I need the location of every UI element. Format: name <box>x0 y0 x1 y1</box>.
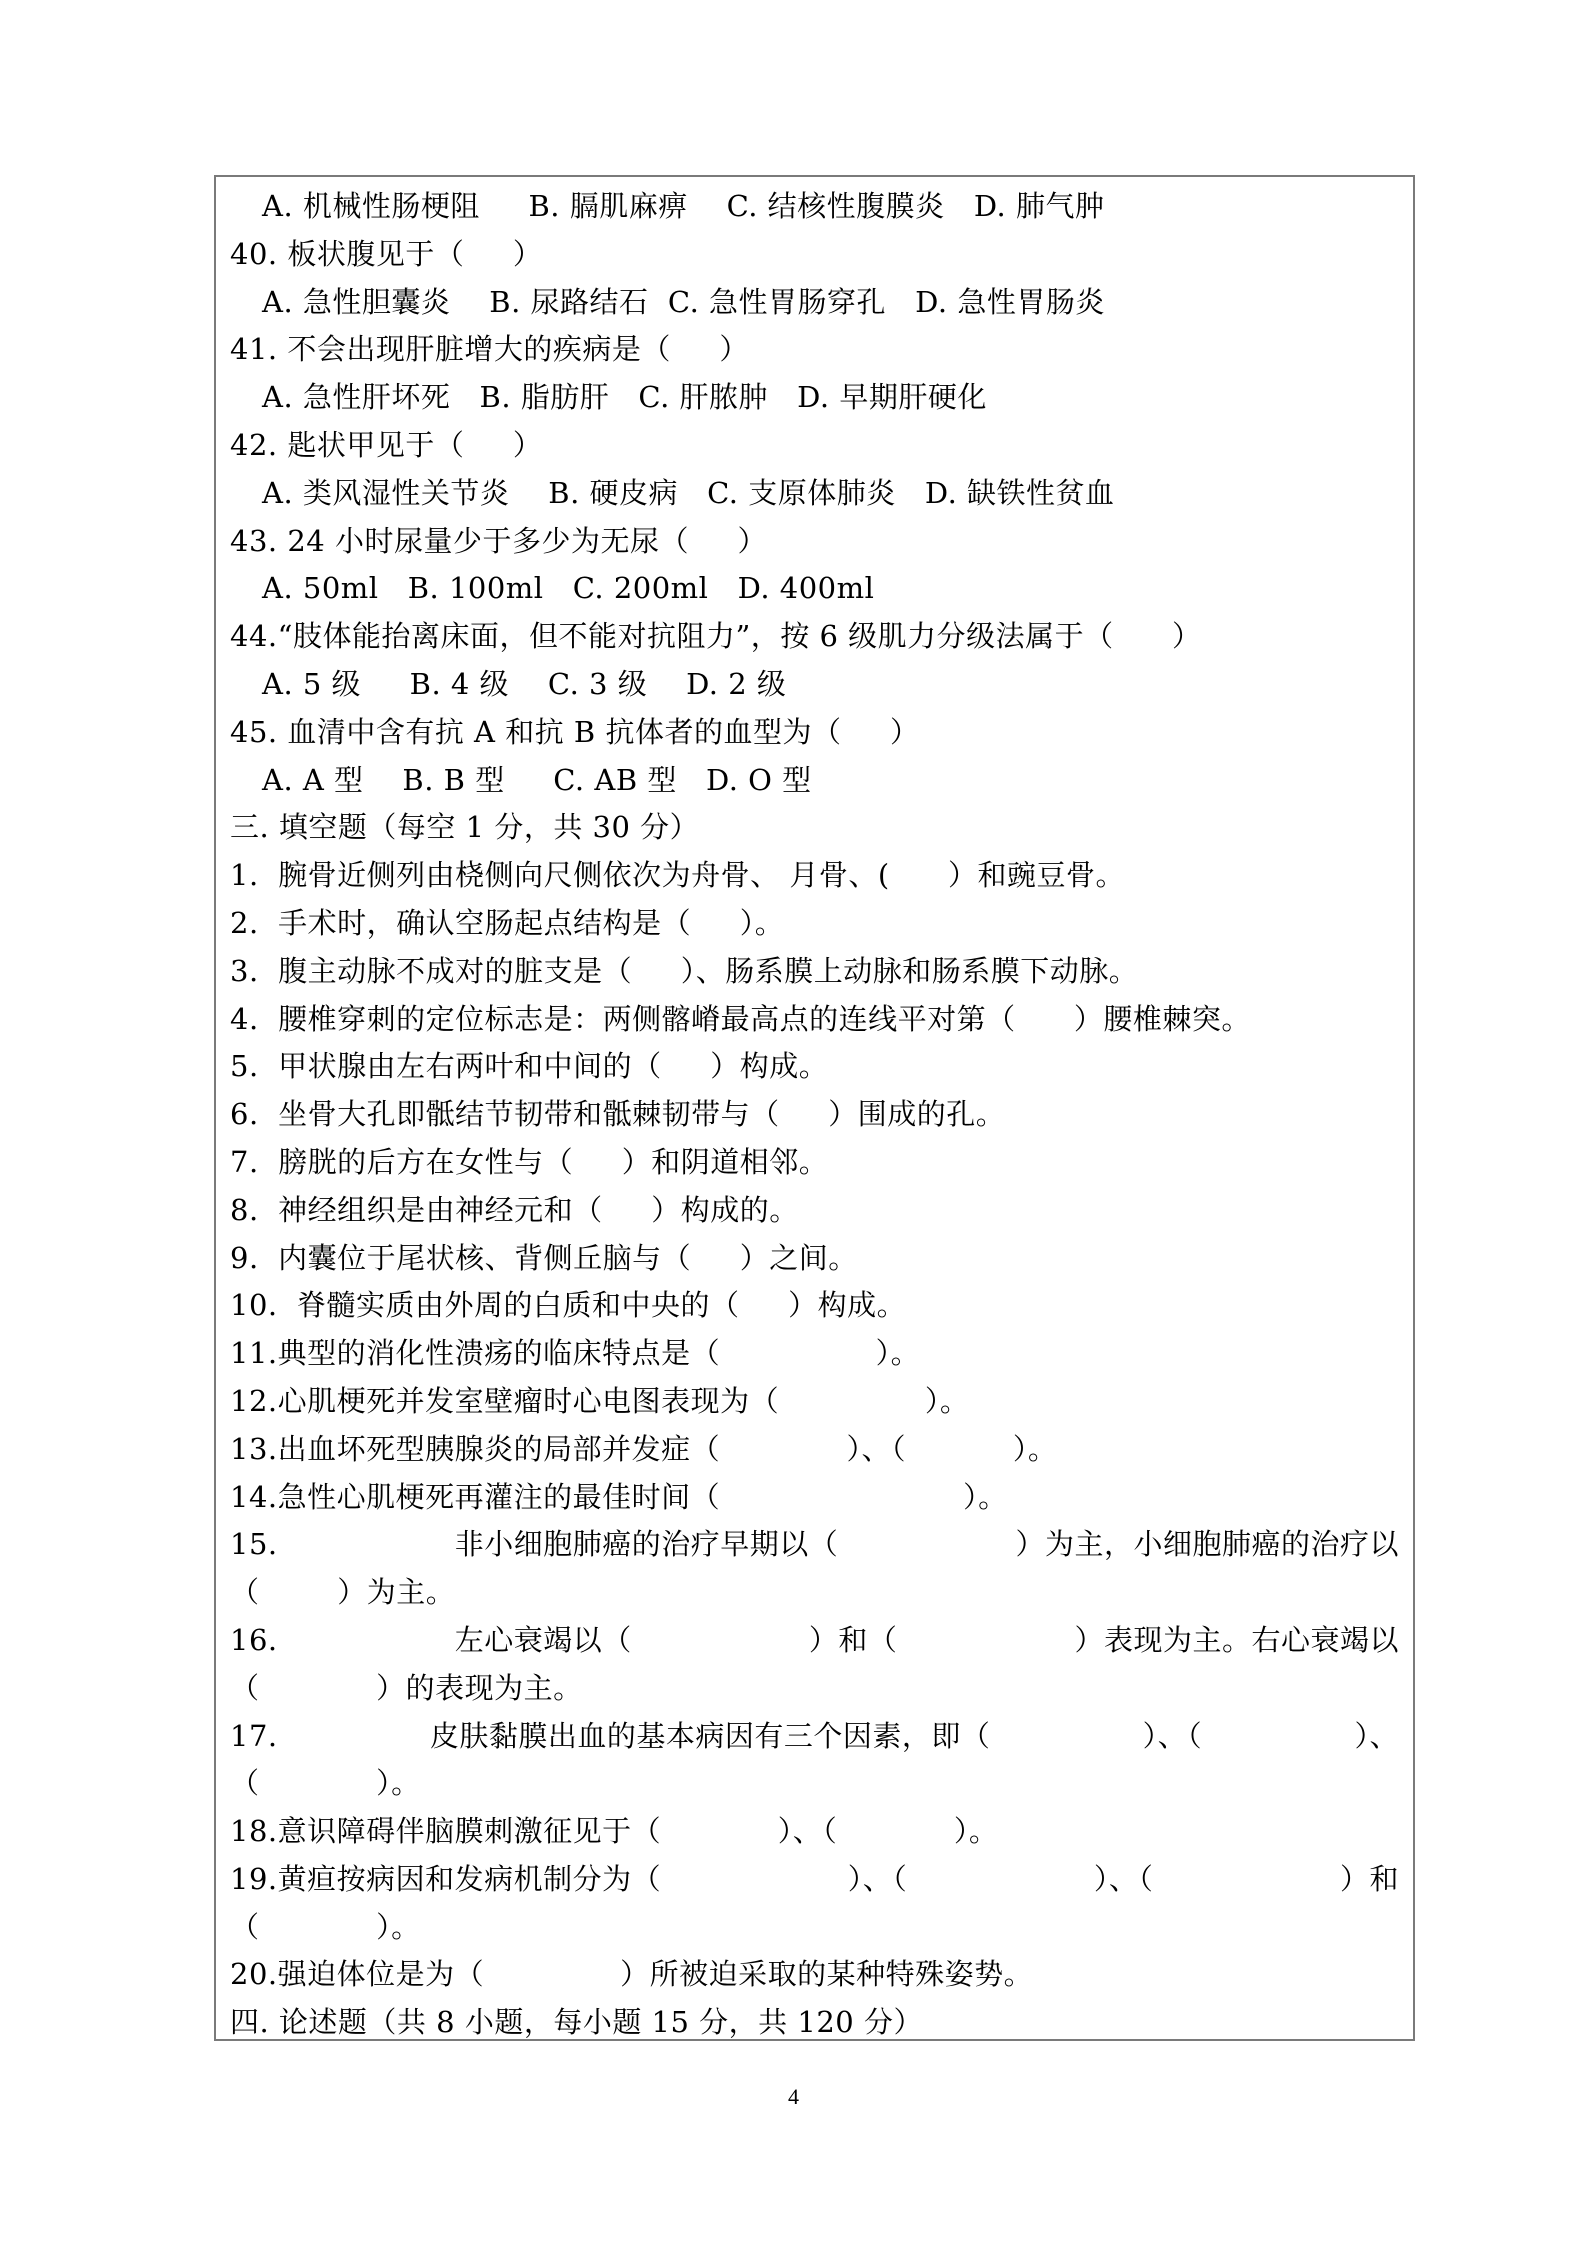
question-table-frame: A. 机械性肠梗阻 B. 膈肌麻痹 C. 结核性腹膜炎 D. 肺气肿 40. 板… <box>214 175 1415 2041</box>
fill-q15-line2: （ ）为主。 <box>230 1569 1399 1617</box>
q41-options: A. 急性肝坏死 B. 脂肪肝 C. 肝脓肿 D. 早期肝硬化 <box>230 374 1399 422</box>
fill-q16-line2: （ ）的表现为主。 <box>230 1665 1399 1713</box>
fill-q17-line1: 17. 皮肤黏膜出血的基本病因有三个因素，即（ ）、（ ）、 <box>230 1713 1399 1761</box>
q19-part4: ）和 <box>1340 1856 1399 1904</box>
q19-part2: ）、（ <box>848 1856 908 1904</box>
fill-q8: 8. 神经组织是由神经元和（ ）构成的。 <box>230 1187 1399 1235</box>
fill-q20: 20.强迫体位是为（ ）所被迫采取的某种特殊姿势。 <box>230 1951 1399 1999</box>
q40-question: 40. 板状腹见于（ ） <box>230 231 1399 279</box>
q17-part2: ）、（ <box>1143 1713 1203 1761</box>
fill-q12: 12.心肌梗死并发室壁瘤时心电图表现为（ ）。 <box>230 1378 1399 1426</box>
fill-q3: 3. 腹主动脉不成对的脏支是（ ）、肠系膜上动脉和肠系膜下动脉。 <box>230 948 1399 996</box>
q42-options: A. 类风湿性关节炎 B. 硬皮病 C. 支原体肺炎 D. 缺铁性贫血 <box>230 470 1399 518</box>
q19-part1: 19.黄疸按病因和发病机制分为（ <box>230 1856 661 1904</box>
q16-part3: ）表现为主。右心衰竭以 <box>1074 1617 1399 1665</box>
fill-q13: 13.出血坏死型胰腺炎的局部并发症（ ）、（ ）。 <box>230 1426 1399 1474</box>
q43-question: 43. 24 小时尿量少于多少为无尿（ ） <box>230 518 1399 566</box>
fill-q18: 18.意识障碍伴脑膜刺激征见于（ ）、（ ）。 <box>230 1808 1399 1856</box>
fill-q16-line1: 16. 左心衰竭以（ ）和（ ）表现为主。右心衰竭以 <box>230 1617 1399 1665</box>
q42-question: 42. 匙状甲见于（ ） <box>230 422 1399 470</box>
fill-q7: 7. 膀胱的后方在女性与（ ）和阴道相邻。 <box>230 1139 1399 1187</box>
section-4-heading: 四. 论述题（共 8 小题，每小题 15 分，共 120 分） <box>230 1999 1399 2047</box>
fill-q14: 14.急性心肌梗死再灌注的最佳时间（ ）。 <box>230 1474 1399 1522</box>
q16-number: 16. <box>230 1617 278 1665</box>
q44-options: A. 5 级 B. 4 级 C. 3 级 D. 2 级 <box>230 661 1399 709</box>
q17-number: 17. <box>230 1713 278 1761</box>
q17-part3: ）、 <box>1354 1713 1399 1761</box>
section-3-heading: 三. 填空题（每空 1 分，共 30 分） <box>230 804 1399 852</box>
fill-q11: 11.典型的消化性溃疡的临床特点是（ ）。 <box>230 1330 1399 1378</box>
fill-q9: 9. 内囊位于尾状核、背侧丘脑与（ ）之间。 <box>230 1235 1399 1283</box>
q39-options: A. 机械性肠梗阻 B. 膈肌麻痹 C. 结核性腹膜炎 D. 肺气肿 <box>230 183 1399 231</box>
page-number: 4 <box>0 2084 1587 2110</box>
q40-options: A. 急性胆囊炎 B. 尿路结石 C. 急性胃肠穿孔 D. 急性胃肠炎 <box>230 279 1399 327</box>
q15-part1: 非小细胞肺癌的治疗早期以（ <box>455 1521 839 1569</box>
fill-q15-line1: 15. 非小细胞肺癌的治疗早期以（ ）为主，小细胞肺癌的治疗以 <box>230 1521 1399 1569</box>
q19-part3: ）、（ <box>1094 1856 1154 1904</box>
q45-options: A. A 型 B. B 型 C. AB 型 D. O 型 <box>230 757 1399 805</box>
q15-number: 15. <box>230 1521 278 1569</box>
q41-question: 41. 不会出现肝脏增大的疾病是（ ） <box>230 326 1399 374</box>
fill-q17-line2: （ ）。 <box>230 1760 1399 1808</box>
fill-q6: 6. 坐骨大孔即骶结节韧带和骶棘韧带与（ ）围成的孔。 <box>230 1091 1399 1139</box>
fill-q4: 4. 腰椎穿刺的定位标志是：两侧髂嵴最高点的连线平对第（ ）腰椎棘突。 <box>230 996 1399 1044</box>
question-content: A. 机械性肠梗阻 B. 膈肌麻痹 C. 结核性腹膜炎 D. 肺气肿 40. 板… <box>216 183 1413 2047</box>
fill-q10: 10. 脊髓实质由外周的白质和中央的（ ）构成。 <box>230 1282 1399 1330</box>
fill-q19-line2: （ ）。 <box>230 1904 1399 1952</box>
q16-part2: ）和（ <box>809 1617 898 1665</box>
q15-part2: ）为主，小细胞肺癌的治疗以 <box>1015 1521 1399 1569</box>
q45-question: 45. 血清中含有抗 A 和抗 B 抗体者的血型为（ ） <box>230 709 1399 757</box>
fill-q5: 5. 甲状腺由左右两叶和中间的（ ）构成。 <box>230 1043 1399 1091</box>
fill-q1: 1. 腕骨近侧列由桡侧向尺侧依次为舟骨、 月骨、( ）和豌豆骨。 <box>230 852 1399 900</box>
q17-part1: 皮肤黏膜出血的基本病因有三个因素，即（ <box>430 1713 991 1761</box>
q44-question: 44.“肢体能抬离床面，但不能对抗阻力”，按 6 级肌力分级法属于（ ） <box>230 613 1399 661</box>
q16-part1: 左心衰竭以（ <box>455 1617 632 1665</box>
fill-q2: 2. 手术时，确认空肠起点结构是（ ）。 <box>230 900 1399 948</box>
fill-q19-line1: 19.黄疸按病因和发病机制分为（ ）、（ ）、（ ）和 <box>230 1856 1399 1904</box>
q43-options: A. 50ml B. 100ml C. 200ml D. 400ml <box>230 565 1399 613</box>
